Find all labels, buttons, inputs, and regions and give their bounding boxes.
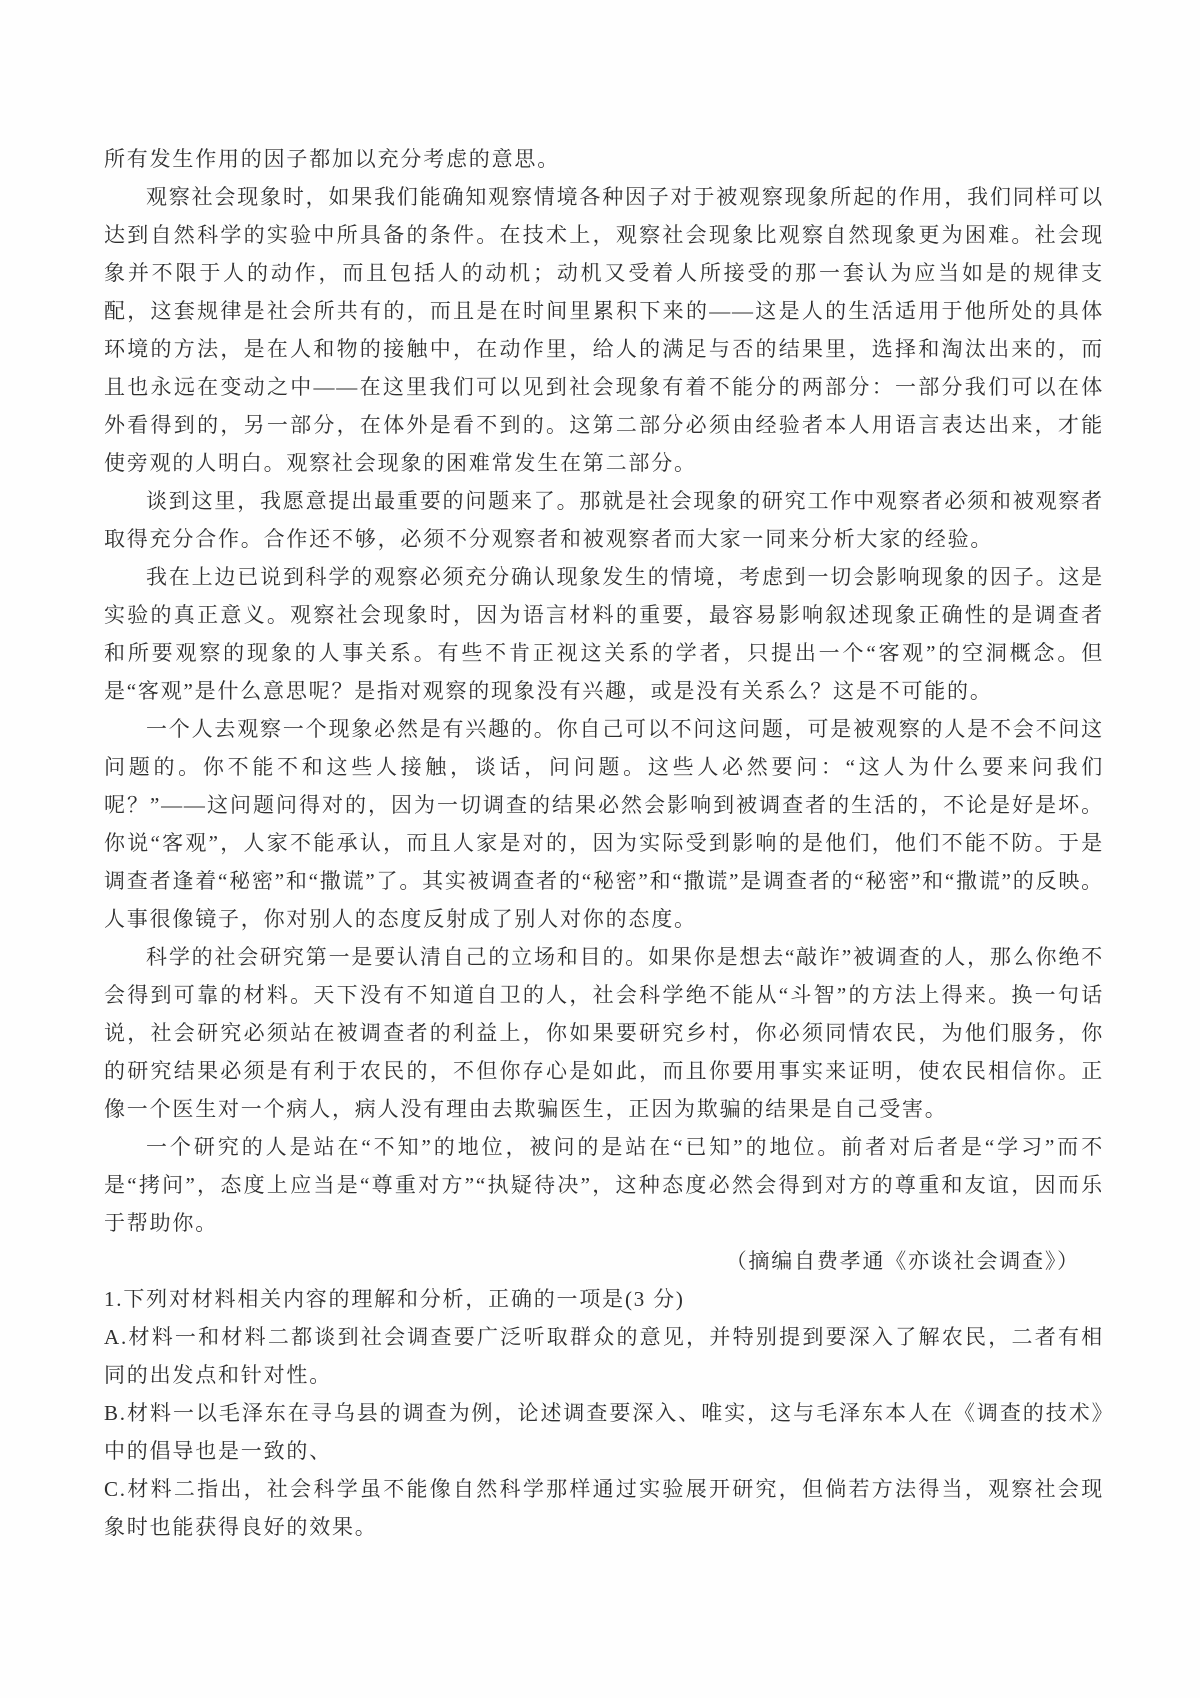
body-paragraph: 谈到这里，我愿意提出最重要的问题来了。那就是社会现象的研究工作中观察者必须和被观… <box>104 482 1104 558</box>
question-stem: 1.下列对材料相关内容的理解和分析，正确的一项是(3 分) <box>104 1280 1104 1318</box>
body-paragraph-continuation: 所有发生作用的因子都加以充分考虑的意思。 <box>104 140 1104 178</box>
source-attribution: （摘编自费孝通《亦谈社会调查》） <box>104 1242 1104 1280</box>
body-paragraph: 科学的社会研究第一是要认清自己的立场和目的。如果你是想去“敲诈”被调查的人，那么… <box>104 938 1104 1128</box>
body-paragraph: 观察社会现象时，如果我们能确知观察情境各种因子对于被观察现象所起的作用，我们同样… <box>104 178 1104 482</box>
question-option-a: A.材料一和材料二都谈到社会调查要广泛听取群众的意见，并特别提到要深入了解农民，… <box>104 1318 1104 1394</box>
question-option-c: C.材料二指出，社会科学虽不能像自然科学那样通过实验展开研究，但倘若方法得当，观… <box>104 1470 1104 1546</box>
body-paragraph: 我在上边已说到科学的观察必须充分确认现象发生的情境，考虑到一切会影响现象的因子。… <box>104 558 1104 710</box>
body-paragraph: 一个研究的人是站在“不知”的地位，被问的是站在“已知”的地位。前者对后者是“学习… <box>104 1128 1104 1242</box>
question-option-b: B.材料一以毛泽东在寻乌县的调查为例，论述调查要深入、唯实，这与毛泽东本人在《调… <box>104 1394 1104 1470</box>
document-page: 所有发生作用的因子都加以充分考虑的意思。 观察社会现象时，如果我们能确知观察情境… <box>0 0 1200 1698</box>
body-paragraph: 一个人去观察一个现象必然是有兴趣的。你自己可以不问这问题，可是被观察的人是不会不… <box>104 710 1104 938</box>
question-block: 1.下列对材料相关内容的理解和分析，正确的一项是(3 分) A.材料一和材料二都… <box>104 1280 1104 1546</box>
page-content: 所有发生作用的因子都加以充分考虑的意思。 观察社会现象时，如果我们能确知观察情境… <box>104 140 1104 1546</box>
